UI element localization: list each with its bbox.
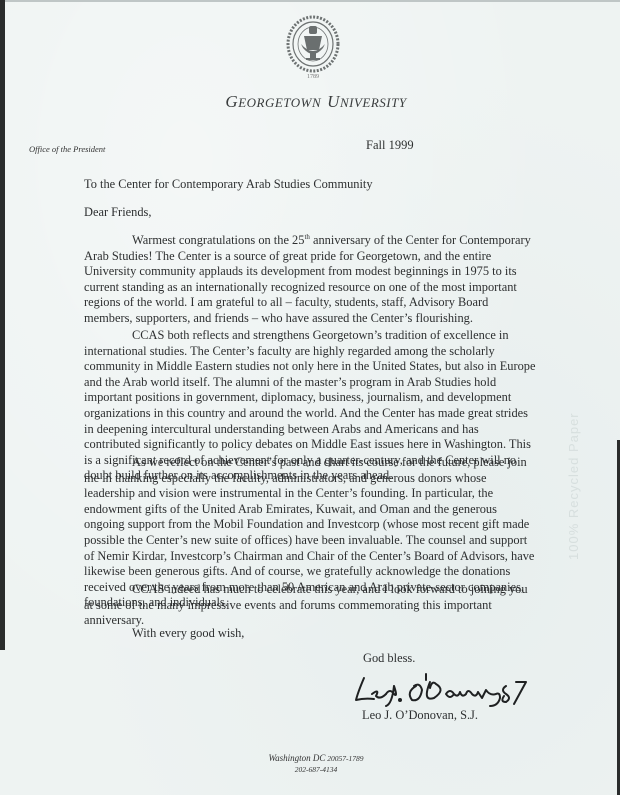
letterhead-footer: Washington DC 20057-1789 202-687-4134	[0, 753, 620, 775]
signer-name: Leo J. O’Donovan, S.J.	[362, 708, 478, 723]
paragraph-4: CCAS indeed has much to celebrate this y…	[84, 582, 536, 629]
wordmark-university: NIVERSITY	[340, 95, 407, 110]
wordmark-cap-u: U	[327, 92, 340, 111]
addressee: To the Center for Contemporary Arab Stud…	[84, 177, 536, 193]
wordmark-cap-g: G	[225, 92, 238, 111]
university-seal-icon: 1789	[284, 14, 342, 82]
university-wordmark: GEORGETOWNUNIVERSITY	[0, 92, 620, 112]
footer-city: Washington DC	[268, 753, 325, 763]
wordmark-georgetown: EORGETOWN	[238, 95, 321, 110]
blessing: God bless.	[363, 651, 415, 666]
paper-watermark: 100% Recycled Paper	[566, 412, 581, 560]
office-of-the-president: Office of the President	[29, 144, 105, 154]
footer-zip: 20057-1789	[327, 754, 363, 763]
letter-date: Fall 1999	[366, 138, 414, 153]
letter-page: 1789 GEORGETOWNUNIVERSITY Office of the …	[0, 0, 620, 795]
scan-edge-top	[0, 0, 620, 2]
paragraph-4-text: CCAS indeed has much to celebrate this y…	[84, 582, 536, 629]
signature-icon	[350, 668, 535, 708]
salutation: Dear Friends,	[84, 205, 536, 221]
svg-text:1789: 1789	[307, 74, 319, 80]
closing: With every good wish,	[132, 626, 244, 642]
paragraph-1: Warmest congratulations on the 25th anni…	[84, 233, 536, 327]
footer-phone: 202-687-4134	[12, 764, 620, 775]
paragraph-1-text-a: Warmest congratulations on the 25	[132, 233, 304, 247]
